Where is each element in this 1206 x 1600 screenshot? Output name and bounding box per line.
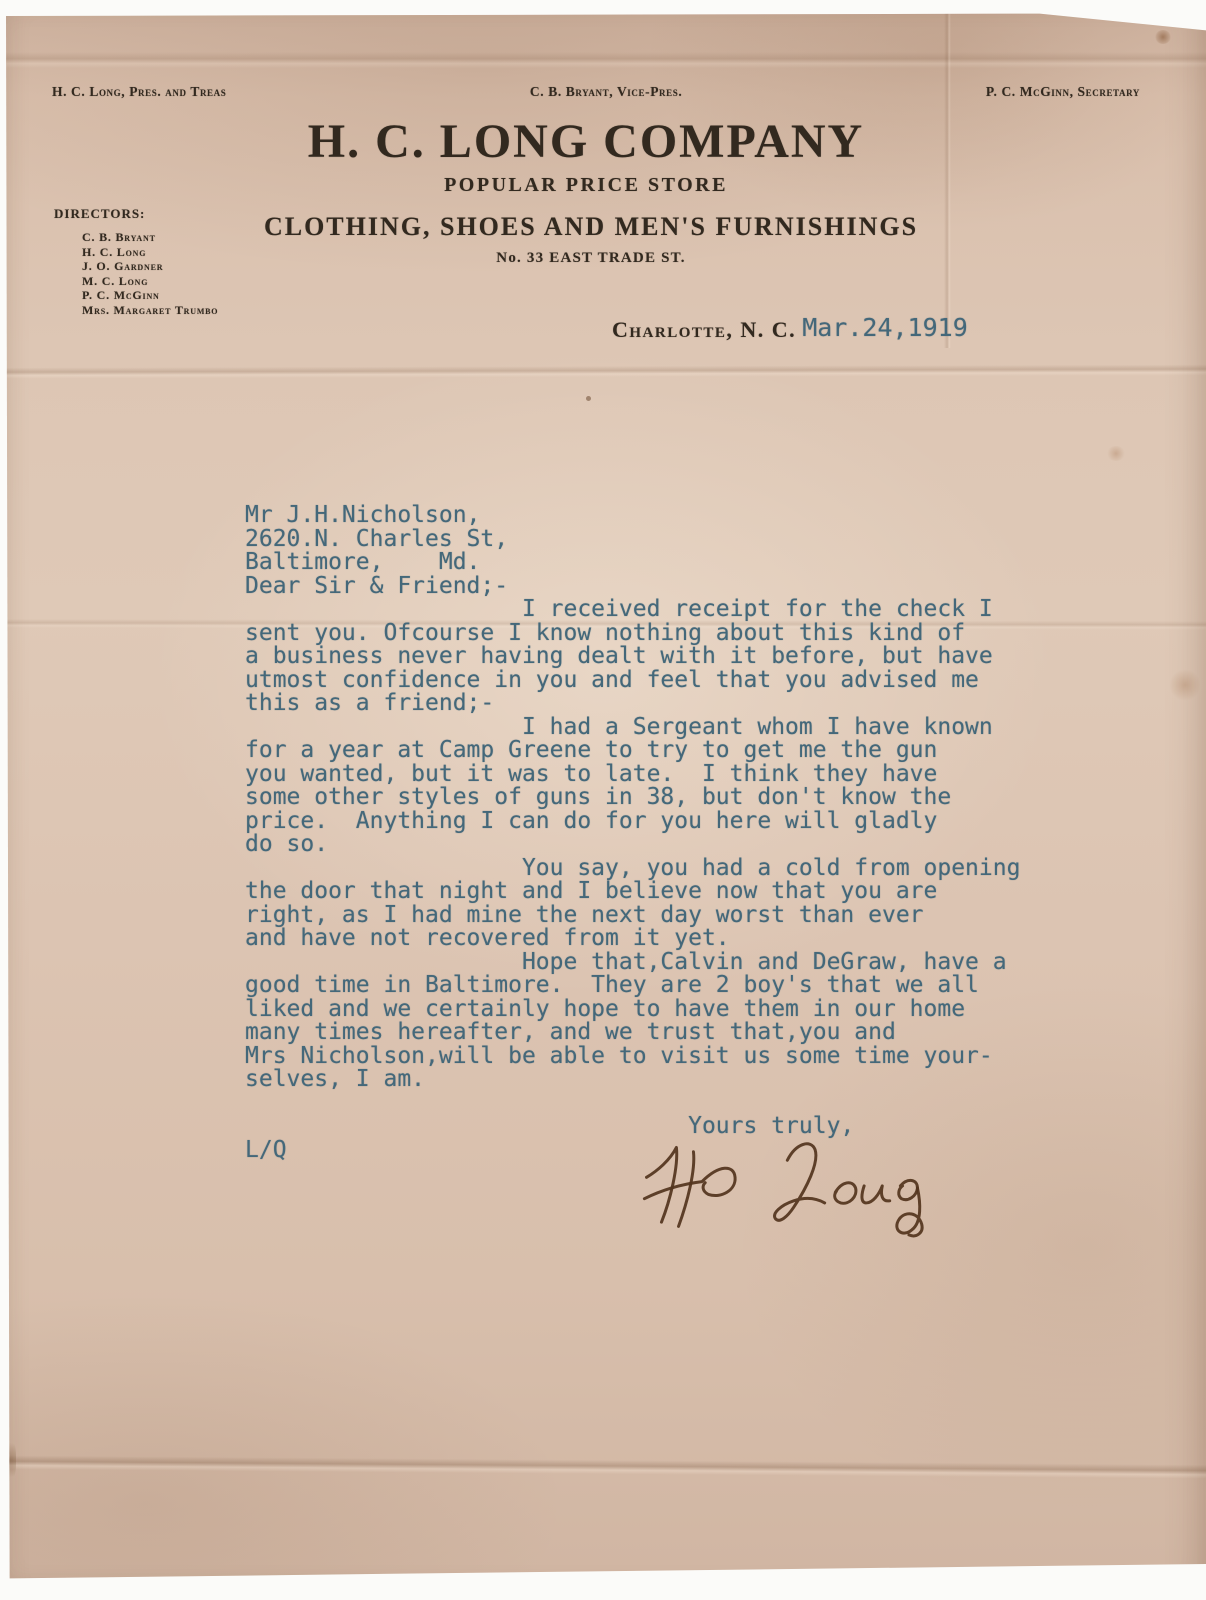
street-address: No. 33 EAST TRADE ST.: [0, 250, 1182, 267]
director-name: P. C. McGinn: [82, 288, 218, 303]
ink-stain: [1155, 30, 1171, 44]
fold-crease-upper: [0, 364, 1206, 378]
business-line: CLOTHING, SHOES AND MEN'S FURNISHINGS: [0, 212, 1182, 242]
director-name: Mrs. Margaret Trumbo: [82, 303, 218, 318]
fold-crease-top: [0, 52, 1206, 68]
director-name: M. C. Long: [82, 274, 218, 289]
typed-date: Mar.24,1919: [802, 313, 968, 342]
officers-row: H. C. Long, Pres. and Treas C. B. Bryant…: [52, 84, 1140, 100]
edge-nick: [2, 1438, 16, 1482]
paper-stain: [1170, 668, 1200, 702]
letter-paper: H. C. Long, Pres. and Treas C. B. Bryant…: [0, 0, 1206, 1600]
letter-body: Mr J.H.Nicholson, 2620.N. Charles St, Ba…: [245, 504, 1045, 1162]
fold-crease-bottom: [0, 1455, 1206, 1478]
officer-president: H. C. Long, Pres. and Treas: [52, 84, 226, 100]
paper-stain: [1106, 446, 1126, 461]
signature-ink-strokes: [638, 1122, 958, 1254]
signature-handwritten: [638, 1122, 958, 1254]
company-name: H. C. LONG COMPANY: [0, 118, 1172, 166]
scanned-letter-page: { "letterhead": { "officers": [ "H. C. L…: [0, 0, 1206, 1600]
city-printed: Charlotte, N. C.: [612, 317, 796, 343]
paper-fleck: [586, 396, 591, 401]
officer-secretary: P. C. McGinn, Secretary: [986, 84, 1140, 100]
city-date-line: Charlotte, N. C. Mar.24,1919: [612, 314, 968, 343]
company-tagline: POPULAR PRICE STORE: [0, 174, 1172, 197]
officer-vice-president: C. B. Bryant, Vice-Pres.: [530, 84, 682, 100]
